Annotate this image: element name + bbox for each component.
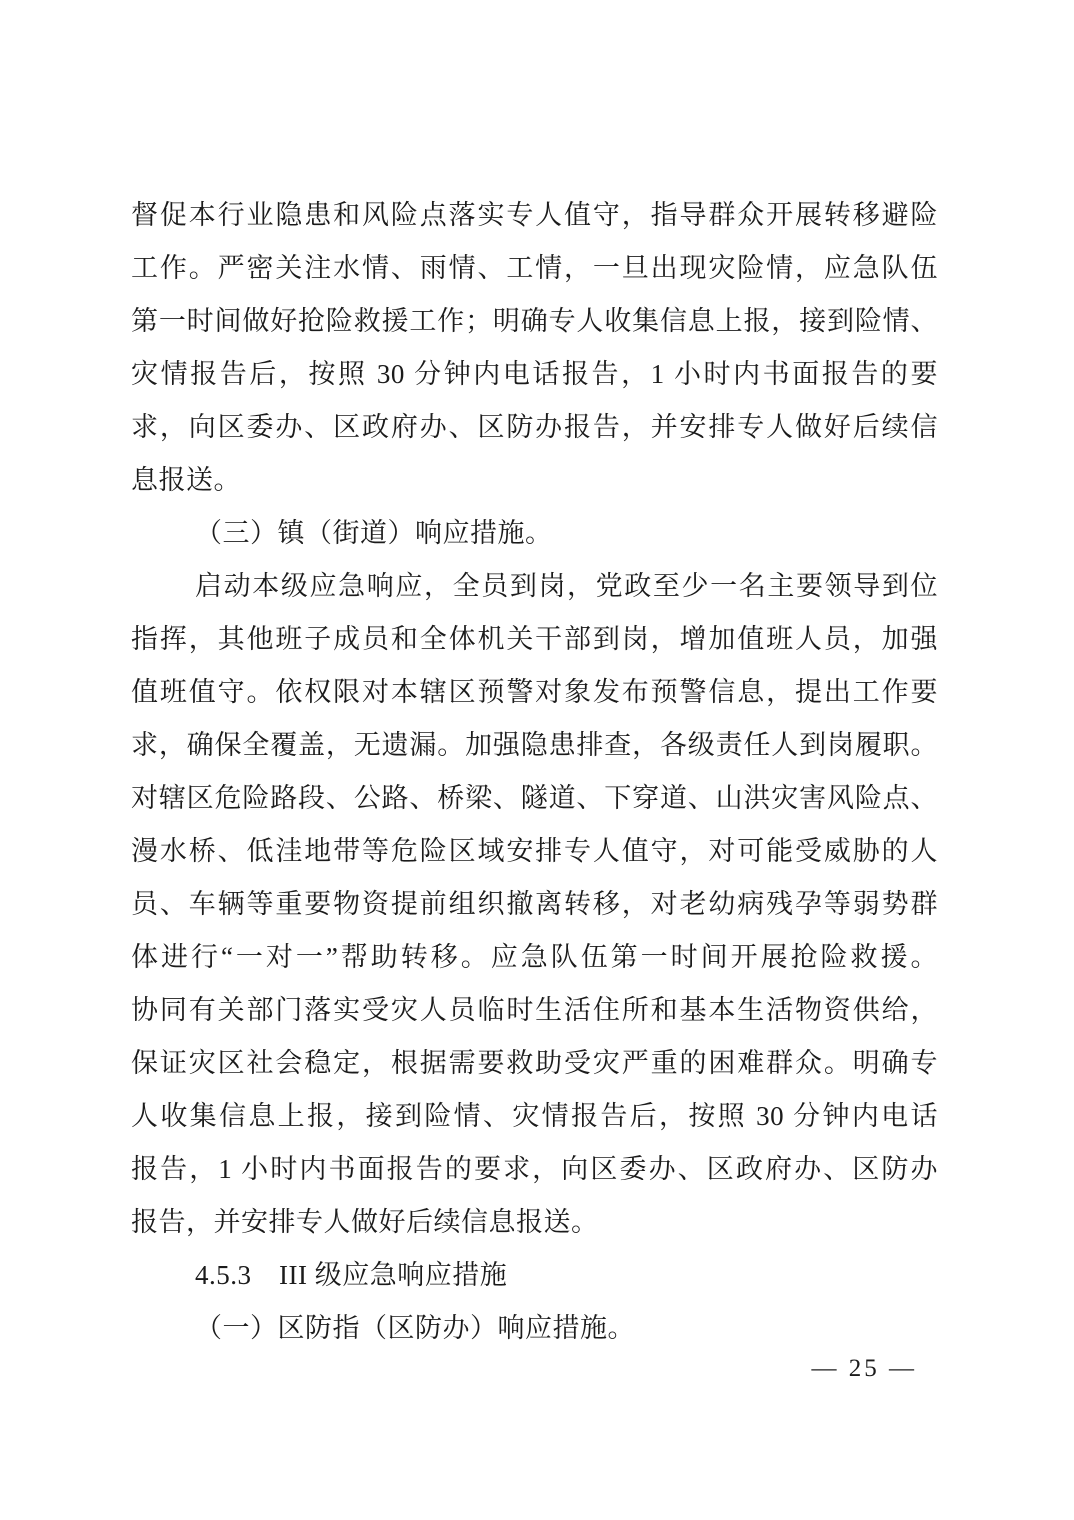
subsection-heading: （三）镇（街道）响应措施。 (131, 507, 938, 560)
text-line: 体进行“一对一”帮助转移。应急队伍第一时间开展抢险救援。 (131, 931, 938, 984)
text-line: 漫水桥、低洼地带等危险区域安排专人值守，对可能受威胁的人 (131, 825, 938, 878)
document-page: 督促本行业隐患和风险点落实专人值守，指导群众开展转移避险 工作。严密关注水情、雨… (131, 189, 938, 1355)
text-line: 求，向区委办、区政府办、区防办报告，并安排专人做好后续信 (131, 401, 938, 454)
text-line: 报告，1 小时内书面报告的要求，向区委办、区政府办、区防办 (131, 1143, 938, 1196)
text-line: 员、车辆等重要物资提前组织撤离转移，对老幼病残孕等弱势群 (131, 878, 938, 931)
text-line: 指挥，其他班子成员和全体机关干部到岗，增加值班人员，加强 (131, 613, 938, 666)
text-line: 求，确保全覆盖，无遗漏。加强隐患排查，各级责任人到岗履职。 (131, 719, 938, 772)
text-line: 第一时间做好抢险救援工作；明确专人收集信息上报，接到险情、 (131, 295, 938, 348)
text-line: 对辖区危险路段、公路、桥梁、隧道、下穿道、山洪灾害风险点、 (131, 772, 938, 825)
text-line: 人收集信息上报，接到险情、灾情报告后，按照 30 分钟内电话 (131, 1090, 938, 1143)
text-line: 督促本行业隐患和风险点落实专人值守，指导群众开展转移避险 (131, 189, 938, 242)
text-line: 保证灾区社会稳定，根据需要救助受灾严重的困难群众。明确专 (131, 1037, 938, 1090)
text-line: 值班值守。依权限对本辖区预警对象发布预警信息，提出工作要 (131, 666, 938, 719)
subsection-heading: （一）区防指（区防办）响应措施。 (131, 1302, 938, 1355)
section-heading: 4.5.3 III 级应急响应措施 (131, 1249, 938, 1302)
text-line: 灾情报告后，按照 30 分钟内电话报告，1 小时内书面报告的要 (131, 348, 938, 401)
text-line: 启动本级应急响应，全员到岗，党政至少一名主要领导到位 (131, 560, 938, 613)
text-line: 息报送。 (131, 454, 938, 507)
text-line: 工作。严密关注水情、雨情、工情，一旦出现灾险情，应急队伍 (131, 242, 938, 295)
page-number: — 25 — (812, 1353, 918, 1385)
text-line: 协同有关部门落实受灾人员临时生活住所和基本生活物资供给， (131, 984, 938, 1037)
text-line: 报告，并安排专人做好后续信息报送。 (131, 1196, 938, 1249)
